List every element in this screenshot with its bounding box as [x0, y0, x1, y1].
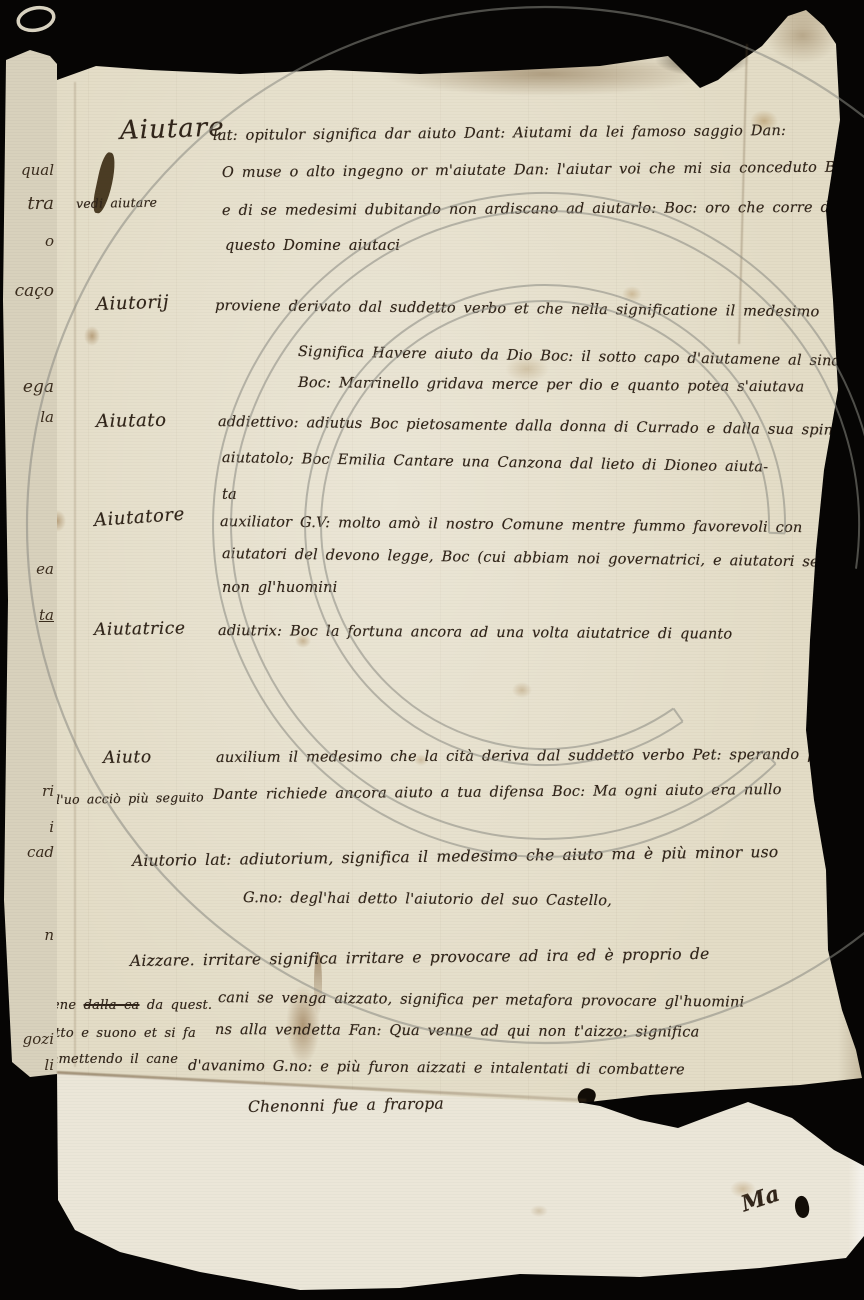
- entry-aiutato-line3: ta: [222, 487, 237, 503]
- fragment: n: [0, 926, 57, 944]
- fragment: caço: [0, 281, 57, 301]
- fragment: cad: [0, 843, 57, 861]
- entry-aizzare-line3: ns alla vendetta Fan: Qua venne ad qui n…: [215, 1022, 700, 1041]
- entry-aiutorio-line2: G.no: degl'hai detto l'aiutorio del suo …: [243, 890, 612, 909]
- entry-aiutatore-line3: non gl'huomini: [222, 580, 338, 596]
- corner-ink-flourish: Ma: [738, 1181, 783, 1218]
- headword-aiutare: Aiutare: [119, 112, 225, 146]
- fragment: tra: [0, 193, 57, 214]
- entry-aiutato-line2: aiutatolo; Boc Emilia Cantare una Canzon…: [222, 450, 769, 476]
- fragment: ega: [0, 377, 57, 397]
- entry-aiuto-margin-note: l'uo acciò più seguito: [56, 789, 204, 807]
- margin-note-vedi: vedi aiutare: [76, 195, 157, 211]
- entry-aiutorij-line3: Boc: Marrinello gridava merce per dio e …: [298, 375, 804, 395]
- entry-aizzare-margin-note1: viene dalla ca da quest.: [40, 998, 212, 1013]
- entry-aiutato-line1: addiettivo: adiutus Boc pietosamente dal…: [218, 414, 842, 439]
- entry-aiutatore-line2: aiutatori del devono legge, Boc (cui abb…: [222, 546, 819, 570]
- entry-aiuto-line2: Dante richiede ancora aiuto a tua difens…: [213, 782, 782, 803]
- stain: [622, 286, 642, 302]
- entry-aiutare-line3: e di se medesimi dubitando non ardiscano…: [222, 200, 835, 219]
- headword-aiutato: Aiutato: [96, 410, 167, 432]
- entry-aizzare-line1: Aizzare. irritare significa irritare e p…: [130, 945, 710, 970]
- entry-aiutatrice-line1: adiutrix: Boc la fortuna ancora ad una v…: [218, 623, 732, 643]
- entry-aiutare-line2: O muse o alto ingegno or m'aiutate Dan: …: [222, 159, 858, 181]
- entry-aizzare-line5: Chenonni fue a fraropa: [248, 1095, 444, 1116]
- entry-aiutare-line4: questo Domine aiutaci: [225, 238, 400, 254]
- fragment: li: [0, 1056, 57, 1074]
- headword-aiutatrice: Aiutatrice: [94, 618, 186, 640]
- fragment: ri: [0, 782, 57, 800]
- entry-aiutorij-line1: proviene derivato dal suddetto verbo et …: [215, 298, 820, 320]
- stain: [765, 8, 840, 63]
- headword-aiutorij: Aiutorij: [96, 291, 170, 315]
- entry-aizzare-margin-note2: tto e suono et si fa: [55, 1026, 196, 1041]
- binding-thread-icon: [8, 2, 68, 38]
- fragment: o: [0, 232, 57, 250]
- entry-aiutatore-line1: auxiliator G.V: molto amò il nostro Comu…: [220, 514, 803, 536]
- fragment: gozi: [0, 1030, 57, 1048]
- stain: [84, 326, 100, 346]
- stain: [655, 44, 750, 76]
- manuscript-photo: qual tra o caço ega la ea ta ri i cad n …: [0, 0, 864, 1300]
- fragment: i: [0, 818, 57, 836]
- entry-aiuto-line1: auxilium il medesimo che la cità deriva …: [216, 747, 833, 766]
- fragment: ta: [0, 606, 57, 624]
- ink-blot: [792, 1195, 811, 1220]
- stain: [530, 1205, 548, 1217]
- entry-aiutorio-line1: Aiutorio lat: adiutorium, significa il m…: [132, 843, 779, 870]
- margin-note-post: da quest.: [140, 998, 213, 1013]
- fragment: qual: [0, 161, 57, 179]
- entry-aiutorij-line2: Significa Havere aiuto da Dio Boc: il so…: [298, 344, 864, 370]
- fragment: la: [0, 408, 57, 426]
- entry-aizzare-line4: d'avanimo G.no: e più furon aizzati e in…: [188, 1058, 685, 1078]
- stain: [512, 682, 532, 698]
- entry-aizzare-margin-note3: mmettendo il cane: [46, 1052, 178, 1067]
- headword-aiuto: Aiuto: [103, 747, 152, 768]
- headword-aiutatore: Aiutatore: [93, 504, 185, 531]
- entry-aizzare-line2: cani se venga aizzato, significa per met…: [218, 990, 745, 1011]
- stain: [380, 52, 710, 96]
- margin-note-struck-word: dalla ca: [84, 998, 140, 1013]
- fragment: ea: [0, 560, 57, 578]
- entry-aiutare-line1: lat: opitulor significa dar aiuto Dant: …: [213, 123, 786, 144]
